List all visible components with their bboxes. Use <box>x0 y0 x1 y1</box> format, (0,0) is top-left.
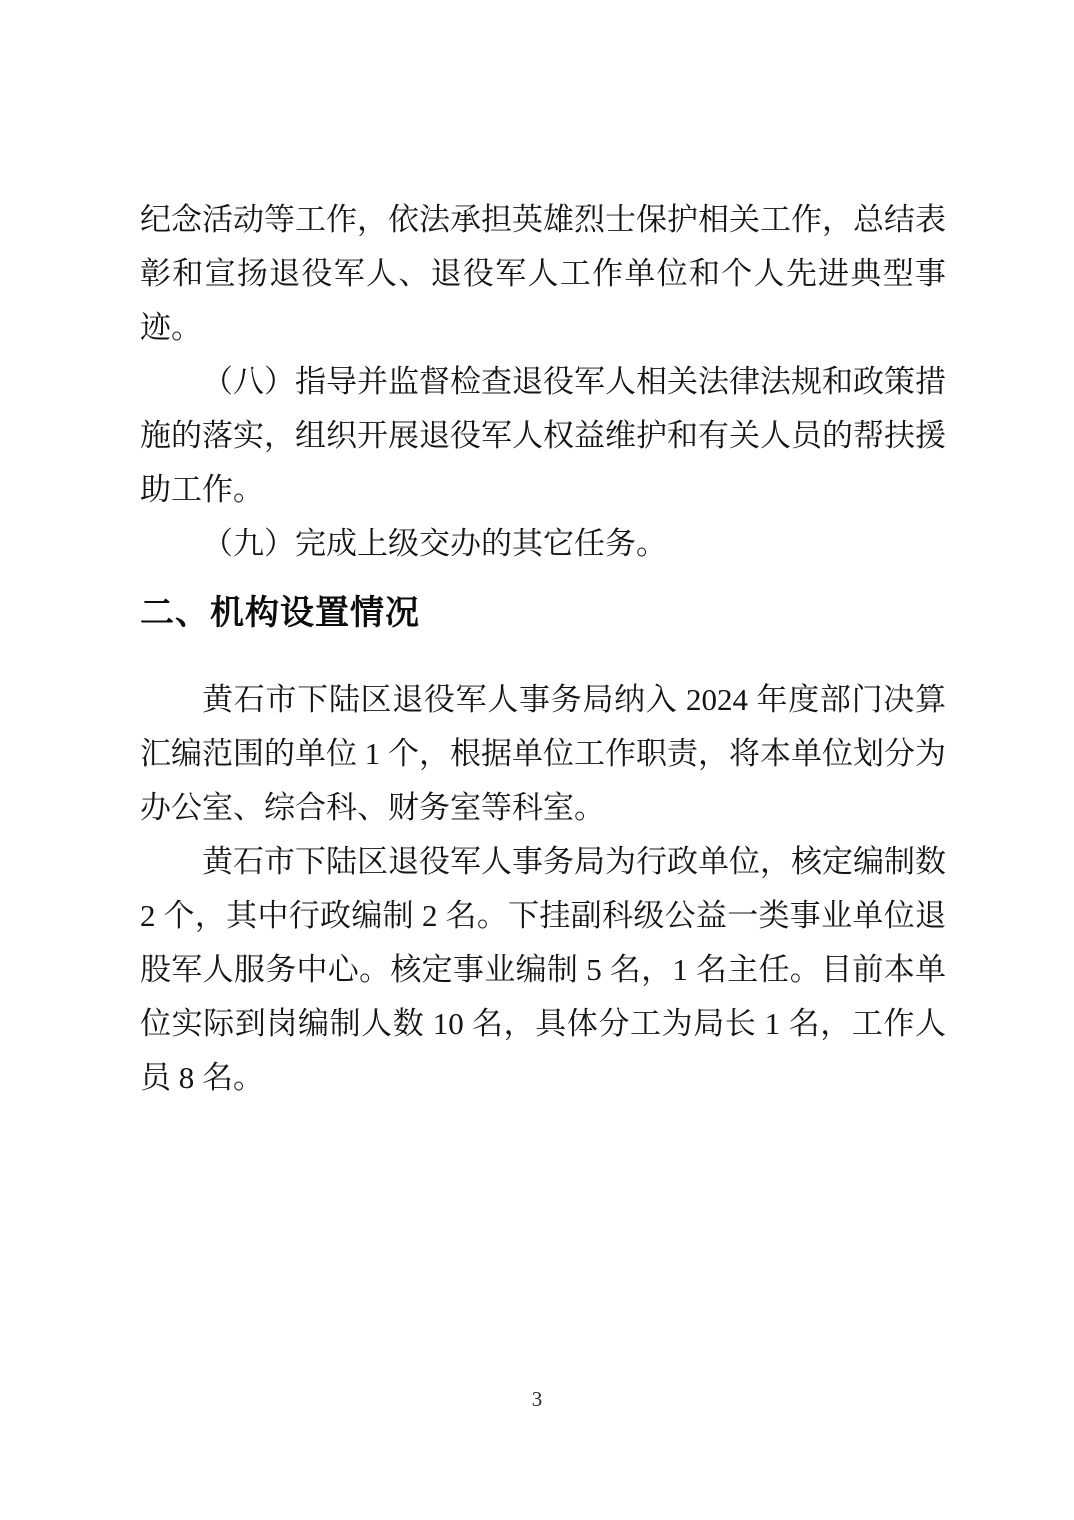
page-number: 3 <box>0 1384 1074 1414</box>
paragraph-continuation: 纪念活动等工作，依法承担英雄烈士保护相关工作，总结表彰和宣扬退役军人、退役军人工… <box>140 193 946 355</box>
paragraph-item-eight: （八）指导并监督检查退役军人相关法律法规和政策措施的落实，组织开展退役军人权益维… <box>140 355 946 517</box>
paragraph-item-nine: （九）完成上级交办的其它任务。 <box>140 517 946 571</box>
paragraph-staffing-details: 黄石市下陆区退役军人事务局为行政单位，核定编制数 2 个，其中行政编制 2 名。… <box>140 835 946 1105</box>
document-page: 纪念活动等工作，依法承担英雄烈士保护相关工作，总结表彰和宣扬退役军人、退役军人工… <box>0 0 1074 1520</box>
section-heading-organization-setup: 二、机构设置情况 <box>140 586 946 640</box>
document-body: 纪念活动等工作，依法承担英雄烈士保护相关工作，总结表彰和宣扬退役军人、退役军人工… <box>140 193 946 1105</box>
paragraph-organization-scope: 黄石市下陆区退役军人事务局纳入 2024 年度部门决算汇编范围的单位 1 个，根… <box>140 673 946 835</box>
